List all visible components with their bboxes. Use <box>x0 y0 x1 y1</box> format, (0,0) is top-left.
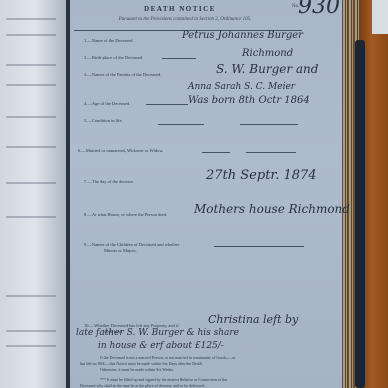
field-value-name: Petrus Johannes Burger <box>182 30 303 41</box>
footnote-line: Deceased who shall at the time be at the… <box>80 383 207 388</box>
book-binding <box>355 40 365 388</box>
blank-line <box>240 124 298 125</box>
blank-line <box>202 152 230 153</box>
field-label-birthplace: 2.—Birth-place of the Deceased. <box>84 55 143 60</box>
field-label-condition: 5.—Condition in life. <box>84 118 123 123</box>
field-label-date-of-death: 7.—The day of the decease. <box>84 179 134 184</box>
blank-line <box>246 152 296 153</box>
field-value-property: Christina left by <box>208 313 298 326</box>
faded-text-line <box>6 84 56 86</box>
faded-text-line <box>6 146 56 148</box>
faded-text-line <box>6 64 56 66</box>
field-label-place-of-death: 8.—At what House, or where the Person di… <box>84 212 167 217</box>
footnote-line: *** It must be filled up and signed by t… <box>100 377 227 382</box>
blank-line <box>158 124 204 125</box>
field-value-parents: S. W. Burger and <box>216 62 318 76</box>
death-notice-page: DEATH NOTICE Pursuant to the Provisions … <box>70 0 342 388</box>
field-label-children-line2: Minors or Majors. <box>104 248 137 253</box>
field-value-property-line2: late father S. W. Burger & his share <box>76 328 239 338</box>
background-surface <box>372 0 388 34</box>
blank-line <box>146 104 188 105</box>
field-label-marital-status: 6.—Married or unmarried, Widower or Wido… <box>78 148 163 153</box>
field-label-age: 4.—Age of the Deceased. <box>84 101 130 106</box>
faded-text-line <box>6 116 56 118</box>
footnote-line: Otherwise, it must be made within Six We… <box>100 367 174 372</box>
field-value-property-line3: in house & erf about £125/- <box>98 341 224 351</box>
faded-text-line <box>6 34 56 36</box>
faded-text-line <box>6 182 56 184</box>
document-subtitle: Pursuant to the Provisions contained in … <box>70 17 300 22</box>
faded-text-line <box>6 216 56 218</box>
field-value-place-of-death: Mothers house Richmond <box>194 202 350 216</box>
field-label-parents: 3.—Names of the Parents of the Deceased. <box>84 72 161 77</box>
faded-text-line <box>6 295 56 297</box>
field-value-date-of-death: 27th Septr. 1874 <box>206 168 317 183</box>
notice-number: 930 <box>298 0 340 19</box>
document-title: DEATH NOTICE <box>70 5 290 13</box>
field-value-parents-line2: Anna Sarah S. C. Meier <box>188 82 295 92</box>
field-label-name: 1.—Name of the Deceased. <box>84 38 134 43</box>
faded-text-line <box>6 330 56 332</box>
footnote-line: has left no Will,—this Notice must be ma… <box>80 361 203 366</box>
field-label-children: 9.—Names of the Children of Deceased and… <box>84 242 179 247</box>
field-value-age: Was born 8th Octr 1864 <box>188 95 310 106</box>
footnote-line: If the Deceased is not a married Person,… <box>100 355 235 360</box>
faded-text-line <box>6 345 56 347</box>
blank-line <box>214 246 304 247</box>
blank-line <box>162 58 196 59</box>
left-facing-page <box>0 0 68 388</box>
field-value-birthplace: Richmond <box>242 48 293 59</box>
faded-text-line <box>6 18 56 20</box>
